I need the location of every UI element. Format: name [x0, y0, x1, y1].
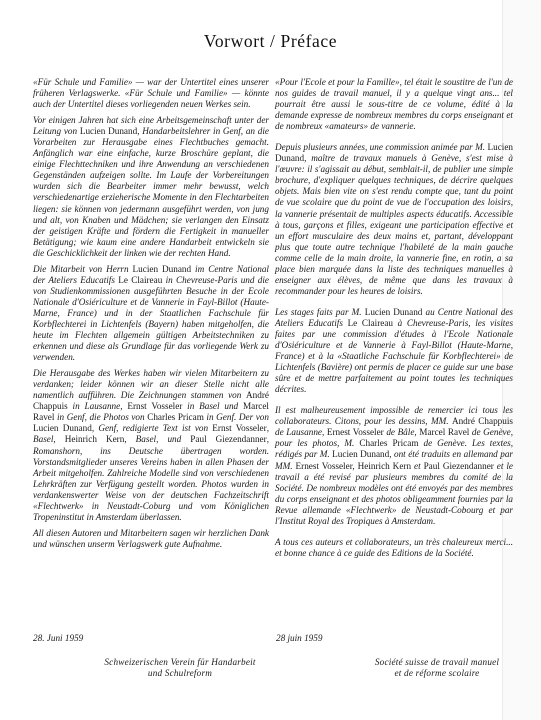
french-paragraph-2: Depuis plusieurs années, une commission … — [275, 142, 513, 297]
french-column: «Pour l'Ecole et pour la Famille», tel é… — [275, 77, 513, 564]
french-paragraph-1: «Pour l'Ecole et pour la Famille», tel é… — [275, 77, 513, 132]
german-paragraph-4: Die Herausgabe des Werkes haben wir viel… — [33, 368, 269, 523]
german-paragraph-2: Vor einigen Jahren hat sich eine Arbeits… — [33, 115, 269, 259]
german-signature: Schweizerischen Verein für Handarbeit un… — [90, 657, 270, 679]
page-title: Vorwort / Préface — [0, 31, 541, 52]
french-paragraph-3: Les stages faits par M. Lucien Dunand au… — [275, 307, 513, 395]
german-paragraph-5: All diesen Autoren und Mitarbeitern sage… — [33, 528, 269, 550]
german-paragraph-1: «Für Schule und Familie» — war der Unter… — [33, 77, 269, 110]
french-paragraph-4: Il est malheureusement impossible de rem… — [275, 405, 513, 527]
german-date: 28. Juni 1959 — [33, 633, 83, 643]
german-paragraph-3: Die Mitarbeit von Herrn Lucien Dunand im… — [33, 264, 269, 363]
french-signature: Société suisse de travail manuel et de r… — [352, 657, 522, 679]
french-paragraph-5: A tous ces auteurs et collaborateurs, un… — [275, 537, 513, 559]
german-column: «Für Schule und Familie» — war der Unter… — [33, 77, 269, 555]
french-date: 28 juin 1959 — [276, 633, 322, 643]
